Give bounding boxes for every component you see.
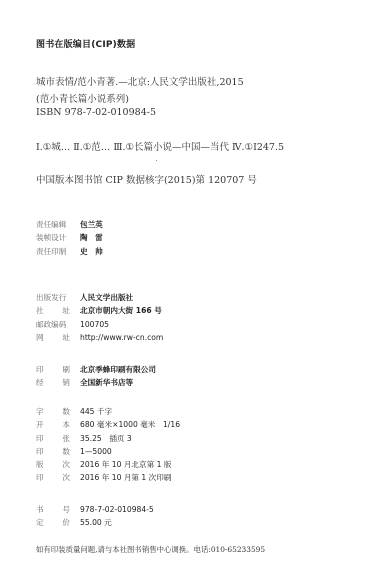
info-row: 经销全国新华书店等: [36, 376, 156, 389]
info-row: 邮政编码100705: [36, 318, 163, 331]
editor-credits: 责任编辑包兰英 装帧设计陶 雷 责任印制史 帅: [36, 218, 103, 258]
cip-classification: Ⅰ.①城… Ⅱ.①范… Ⅲ.①长篇小说—中国—当代 Ⅳ.①I247.5: [36, 139, 284, 153]
info-row: 社址北京市朝内大街 166 号: [36, 304, 163, 317]
cip-heading: 图书在版编目(CIP)数据: [36, 37, 135, 50]
printing-info: 印刷北京季蜂印刷有限公司 经销全国新华书店等: [36, 363, 156, 390]
pricing-info: 书号978-7-02-010984-5 定价55.00 元: [36, 503, 154, 530]
spec-row: 字数445 千字: [36, 405, 180, 418]
info-row: 网址http://www.rw-cn.com: [36, 331, 163, 344]
info-row: 出版发行人民文学出版社: [36, 291, 163, 304]
specs-info: 字数445 千字 开本680 毫米×1000 毫米 1/16 印张35.25 插…: [36, 405, 180, 485]
spec-row: 印张35.25 插页 3: [36, 432, 180, 445]
spec-row: 开本680 毫米×1000 毫米 1/16: [36, 418, 180, 431]
info-row: 印刷北京季蜂印刷有限公司: [36, 363, 156, 376]
cip-title-line: 城市表情/范小青著.—北京:人民文学出版社,2015: [36, 74, 244, 88]
price-row: 书号978-7-02-010984-5: [36, 503, 154, 516]
cip-series-line: (范小青长篇小说系列): [36, 91, 129, 105]
cip-record-number: 中国版本图书馆 CIP 数据核字(2015)第 120707 号: [36, 172, 257, 186]
quality-notice: 如有印装质量问题,请与本社图书销售中心调换。电话:010-65233595: [36, 544, 265, 555]
credit-row: 装帧设计陶 雷: [36, 231, 103, 244]
spec-row: 印次2016 年 10 月第 1 次印刷: [36, 471, 180, 484]
stray-dot: [156, 160, 157, 161]
website-url: http://www.rw-cn.com: [80, 331, 163, 344]
spec-row: 版次2016 年 10 月北京第 1 版: [36, 458, 180, 471]
price-row: 定价55.00 元: [36, 516, 154, 529]
credit-row: 责任编辑包兰英: [36, 218, 103, 231]
credit-row: 责任印制史 帅: [36, 245, 103, 258]
cip-isbn-line: ISBN 978-7-02-010984-5: [36, 107, 156, 118]
publisher-info: 出版发行人民文学出版社 社址北京市朝内大街 166 号 邮政编码100705 网…: [36, 291, 163, 344]
spec-row: 印数1—5000: [36, 445, 180, 458]
